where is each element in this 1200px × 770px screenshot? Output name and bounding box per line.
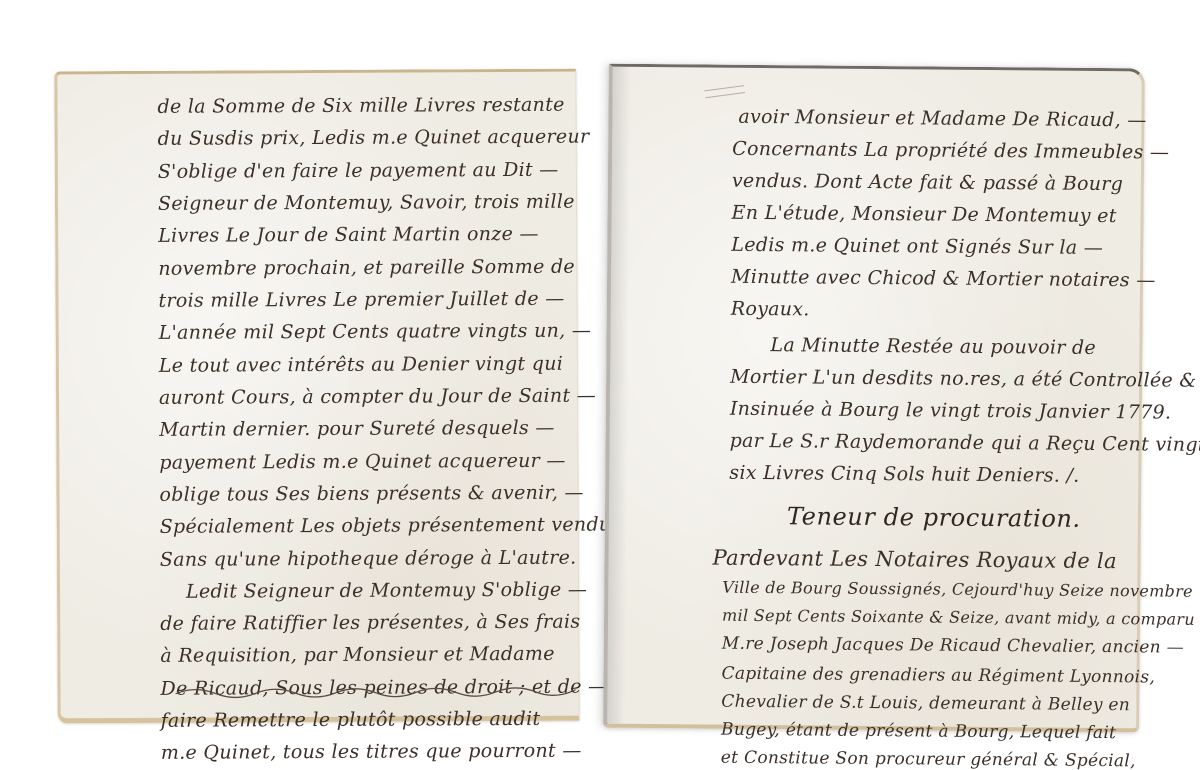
manuscript-line: Sans qu'une hipotheque déroge à L'autre. [160,549,577,570]
manuscript-line: m.e Quinet, tous les titres que pourront… [161,742,582,763]
manuscript-line: Concernants La propriété des Immeubles — [732,140,1169,163]
manuscript-line: Chevalier de S.t Louis, demeurant à Bell… [721,694,1130,715]
manuscript-line: oblige tous Ses biens présents & avenir,… [159,484,583,505]
manuscript-line: par Le S.r Raydemorande qui a Reçu Cent … [730,432,1200,455]
manuscript-line: trois mille Livres Le premier Juillet de… [158,290,564,311]
manuscript-line: Spécialement Les objets présentement ven… [160,515,628,536]
manuscript-line: six Livres Cinq Sols huit Deniers. /. [729,464,1079,486]
manuscript-line: Martin dernier. pour Sureté desquels — [159,419,555,440]
manuscript-line: Seigneur de Montemuy, Savoir, trois mill… [158,193,575,214]
margin-mark [704,85,745,98]
manuscript-line: Mortier L'un desdits no.res, a été Contr… [730,368,1197,391]
manuscript-line: L'année mil Sept Cents quatre vingts un,… [159,322,592,343]
manuscript-line: Royaux. [731,300,810,320]
manuscript-line: Capitaine des grenadiers au Régiment Lyo… [722,666,1156,687]
manuscript-line: mil Sept Cents Soixante & Seize, avant m… [722,608,1195,628]
left-page-text: de la Somme de Six mille Livres restante… [57,72,575,75]
manuscript-line: Livres Le Jour de Saint Martin onze — [158,225,539,246]
manuscript-line: Minutte avec Chicod & Mortier notaires — [731,268,1156,291]
manuscript-line: M.re Joseph Jacques De Ricaud Chevalier,… [722,636,1184,657]
left-manuscript-page: de la Somme de Six mille Livres restante… [54,69,579,724]
manuscript-line: Ledit Seigneur de Montemuy S'oblige — [186,581,587,602]
manuscript-line: de la Somme de Six mille Livres restante [157,96,564,117]
manuscript-line: novembre prochain, et pareille Somme de [158,258,575,279]
manuscript-line: du Susdis prix, Ledis m.e Quinet acquere… [158,128,590,149]
manuscript-line: et Constitue Son procureur général & Spé… [721,750,1136,770]
manuscript-line: Pardevant Les Notaires Royaux de la [713,548,1117,573]
right-page-text: avoir Monsieur et Madame De Ricaud, — Co… [613,67,1142,72]
manuscript-line: Bugey, étant de présent à Bourg, Lequel … [721,722,1116,742]
manuscript-line: auront Cours, à compter du Jour de Saint… [159,387,596,408]
manuscript-line: S'oblige d'en faire le payement au Dit — [158,161,559,182]
closing-flourish-line [176,684,576,702]
manuscript-line: faire Remettre le plutôt possible audit [161,710,541,731]
manuscript-line: de faire Ratiffier les présentes, à Ses … [160,613,580,634]
right-manuscript-page: avoir Monsieur et Madame De Ricaud, — Co… [603,64,1145,733]
manuscript-line: à Requisition, par Monsieur et Madame [160,645,555,666]
manuscript-line: Ville de Bourg Soussignés, Cejourd'huy S… [722,580,1193,600]
manuscript-line: avoir Monsieur et Madame De Ricaud, — [738,108,1146,131]
manuscript-line: Le tout avec intérêts au Denier vingt qu… [159,355,563,376]
manuscript-line: Ledis m.e Quinet ont Signés Sur la — [731,236,1103,258]
manuscript-line: Insinuée à Bourg le vingt trois Janvier … [730,400,1172,423]
manuscript-line: payement Ledis m.e Quinet acquereur — [159,452,565,473]
manuscript-line: vendus. Dont Acte fait & passé à Bourg [732,172,1123,194]
section-heading: Teneur de procuration. [787,504,1081,531]
manuscript-line: La Minutte Restée au pouvoir de [770,336,1096,358]
manuscript-line: En L'étude, Monsieur De Montemuy et [732,204,1117,226]
